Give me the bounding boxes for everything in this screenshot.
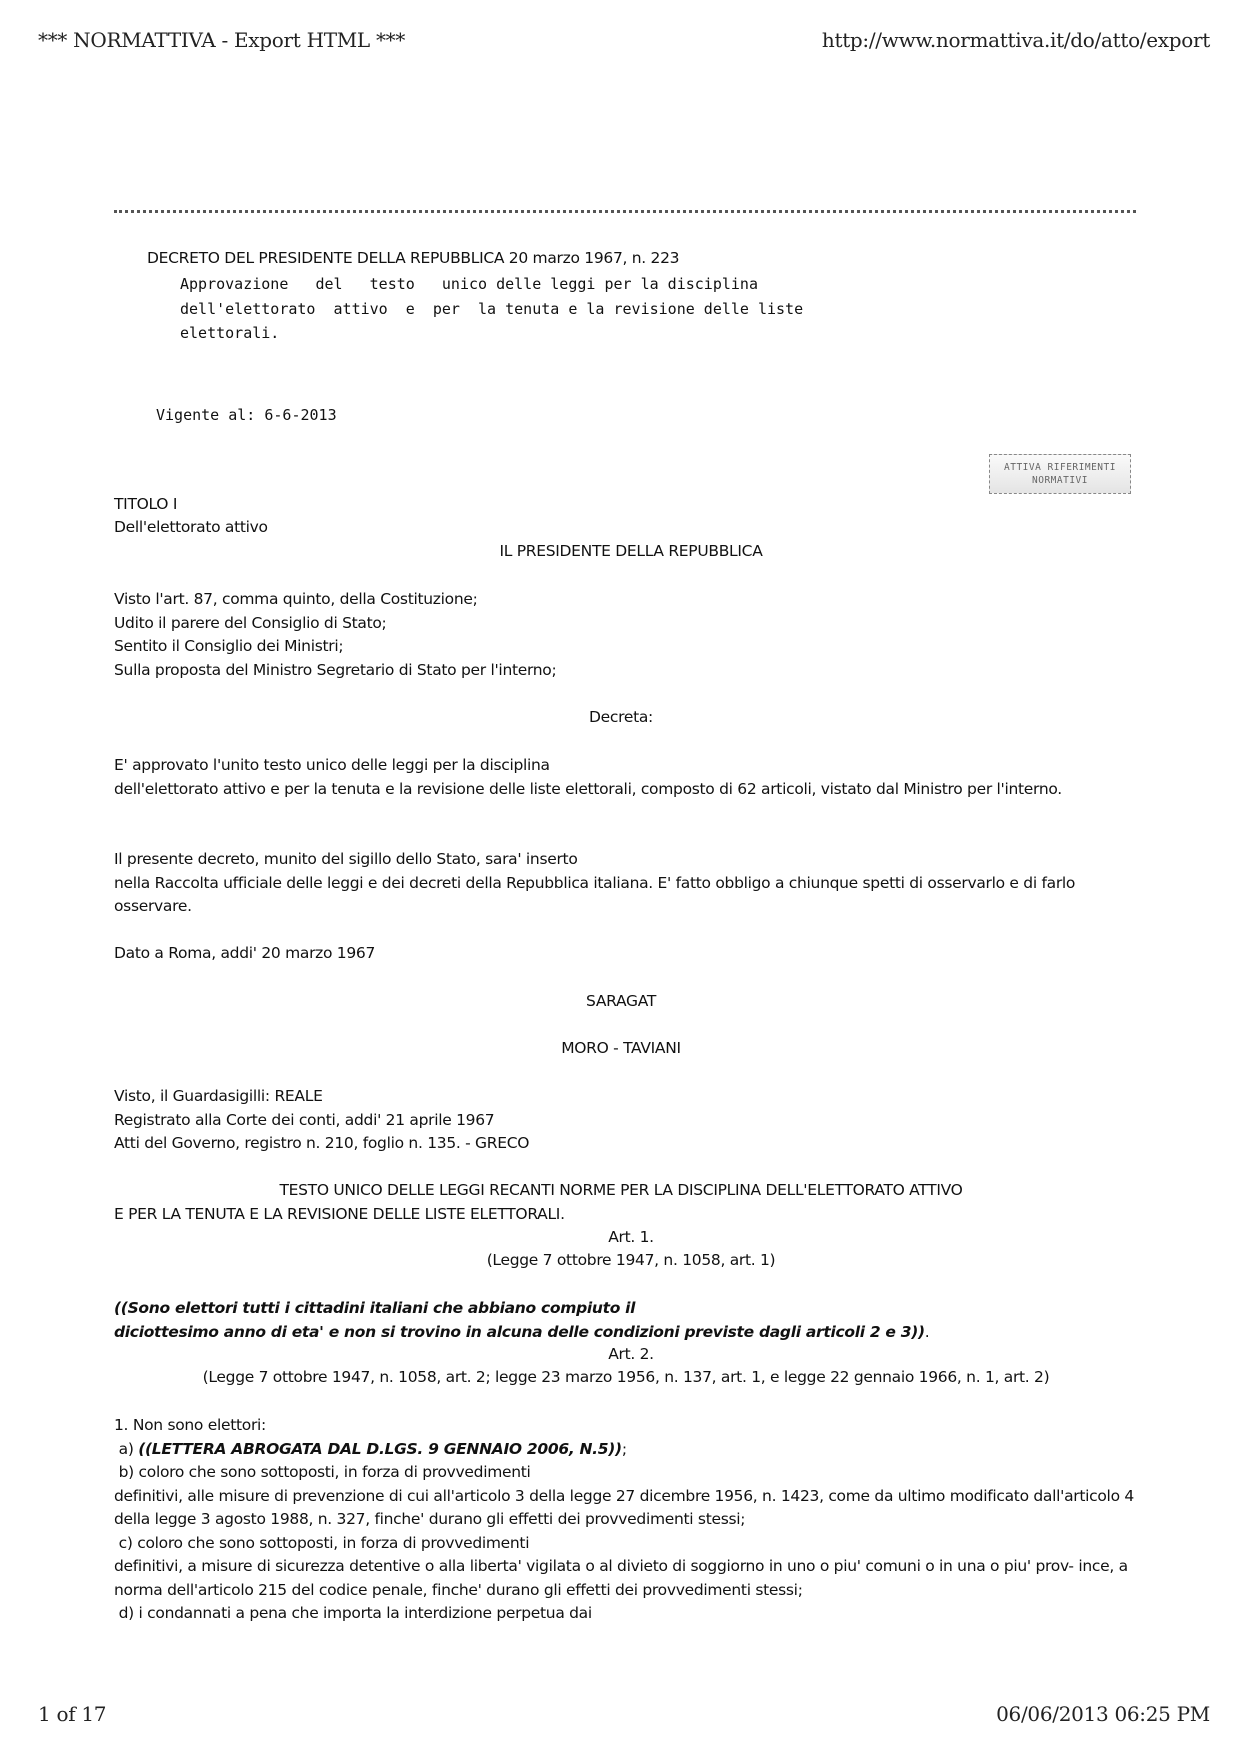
dato-a-roma: Dato a Roma, addi' 20 marzo 1967 [114,942,1138,966]
art1-text: ((Sono elettori tutti i cittadini italia… [114,1297,1138,1344]
attiva-riferimenti-button[interactable]: ATTIVA RIFERIMENTI NORMATIVI [989,454,1131,494]
titolo-heading: TITOLO I [114,493,1138,517]
art2-body: 1. Non sono elettori: a) ((LETTERA ABROG… [114,1414,1138,1626]
visto-line: Sentito il Consiglio dei Ministri; [114,635,1138,659]
art1-text-line: ((Sono elettori tutti i cittadini italia… [114,1297,1138,1321]
registration-block: Visto, il Guardasigilli: REALE Registrat… [114,1085,1138,1156]
paragraph-line: Il presente decreto, munito del sigillo … [114,848,1138,872]
visto-block: Visto l'art. 87, comma quinto, della Cos… [114,588,1138,682]
art2-title: Art. 2. [114,1343,1148,1367]
item-a-label: a) [114,1440,138,1458]
punctuation: ; [622,1440,627,1458]
item-b-line: b) coloro che sono sottoposti, in forza … [114,1461,1138,1485]
button-label-line: NORMATIVI [990,474,1130,487]
art1-title: Art. 1. [114,1226,1148,1250]
item-b-text: definitivi, alle misure di prevenzione d… [114,1485,1138,1532]
testo-unico-heading: TESTO UNICO DELLE LEGGI RECANTI NORME PE… [114,1179,1138,1226]
heading-line: E PER LA TENUTA E LA REVISIONE DELLE LIS… [114,1203,1138,1227]
item-d-line: d) i condannati a pena che importa la in… [114,1602,1138,1626]
paragraph-line: dell'elettorato attivo e per la tenuta e… [114,778,1138,802]
registration-line: Visto, il Guardasigilli: REALE [114,1085,1138,1109]
vigente-date: Vigente al: 6-6-2013 [156,406,337,424]
art2-intro: 1. Non sono elettori: [114,1414,1138,1438]
visto-line: Sulla proposta del Ministro Segretario d… [114,659,1138,683]
subtitle-line: elettorali. [180,321,803,346]
heading-line: TESTO UNICO DELLE LEGGI RECANTI NORME PE… [114,1179,1128,1203]
presidente-heading: IL PRESIDENTE DELLA REPUBBLICA [114,540,1148,564]
decree-heading: DECRETO DEL PRESIDENTE DELLA REPUBBLICA … [147,249,679,267]
art2-reference: (Legge 7 ottobre 1947, n. 1058, art. 2; … [104,1366,1148,1390]
art1-text-line: diciottesimo anno di eta' e non si trovi… [114,1323,925,1341]
dotted-divider [114,210,1136,213]
item-c-line: c) coloro che sono sottoposti, in forza … [114,1532,1138,1556]
print-header-url: http://www.normattiva.it/do/atto/export [822,28,1210,52]
registration-line: Atti del Governo, registro n. 210, fogli… [114,1132,1138,1156]
item-c-text: definitivi, a misure di sicurezza detent… [114,1555,1138,1602]
registration-line: Registrato alla Corte dei conti, addi' 2… [114,1109,1138,1133]
visto-line: Udito il parere del Consiglio di Stato; [114,612,1138,636]
button-label-line: ATTIVA RIFERIMENTI [990,461,1130,474]
item-a-text: ((LETTERA ABROGATA DAL D.LGS. 9 GENNAIO … [138,1440,622,1458]
print-datetime: 06/06/2013 06:25 PM [996,1702,1210,1726]
visto-line: Visto l'art. 87, comma quinto, della Cos… [114,588,1138,612]
subtitle-line: dell'elettorato attivo e per la tenuta e… [180,297,803,322]
art1-reference: (Legge 7 ottobre 1947, n. 1058, art. 1) [114,1249,1148,1273]
print-header-title: *** NORMATTIVA - Export HTML *** [38,28,405,52]
paragraph-approvazione: E' approvato l'unito testo unico delle l… [114,754,1138,801]
paragraph-line: nella Raccolta ufficiale delle leggi e d… [114,872,1138,919]
signature-moro-taviani: MORO - TAVIANI [114,1037,1128,1061]
subtitle-line: Approvazione del testo unico delle leggi… [180,272,803,297]
decree-subtitle: Approvazione del testo unico delle leggi… [180,272,803,346]
paragraph-inserto: Il presente decreto, munito del sigillo … [114,848,1138,919]
decreta-heading: Decreta: [114,706,1128,730]
signature-saragat: SARAGAT [114,990,1128,1014]
titolo-subheading: Dell'elettorato attivo [114,516,1138,540]
punctuation: . [925,1323,930,1341]
paragraph-line: E' approvato l'unito testo unico delle l… [114,754,1138,778]
page-counter: 1 of 17 [38,1702,106,1726]
